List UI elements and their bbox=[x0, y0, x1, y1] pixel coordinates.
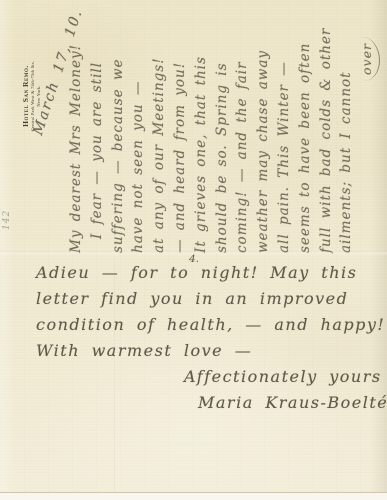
letter-line: should be so. Spring is bbox=[212, 3, 233, 253]
letter-line: ailments; but I cannot bbox=[336, 3, 357, 253]
valediction: Affectionately yours bbox=[184, 364, 372, 390]
fold-crease bbox=[0, 251, 387, 255]
vertical-crease bbox=[114, 258, 115, 492]
archival-pencil-number: 142 bbox=[2, 210, 12, 230]
letter-line: — and heard from you! bbox=[170, 3, 191, 253]
turn-over-note: over bbox=[357, 37, 380, 81]
letter-line: With warmest love — bbox=[36, 338, 372, 364]
letter-line: condition of health, — and happy! bbox=[36, 312, 372, 338]
sideways-letter-body: My dearest Mrs Meloney! I fear — you are… bbox=[66, 3, 378, 253]
letter-line: full with bad colds & other bbox=[316, 3, 337, 253]
letter-line: suffering — because we bbox=[108, 3, 129, 253]
letter-scan: Hotel San Remo. Central Park West & 74th… bbox=[0, 0, 387, 500]
letter-line: I fear — you are still bbox=[87, 3, 108, 253]
letter-line: letter find you in an improved bbox=[36, 286, 372, 312]
letter-line: It grieves one, that this bbox=[191, 3, 212, 253]
letter-line: seems to have been often bbox=[295, 3, 316, 253]
letter-line: weather may chase away bbox=[253, 3, 274, 253]
signature: Maria Kraus-Boelté. bbox=[198, 390, 372, 416]
paper-bottom-edge bbox=[0, 492, 387, 500]
letter-line: coming! — and the fair bbox=[232, 3, 253, 253]
letter-line: Adieu — for to night! May this bbox=[36, 260, 372, 286]
letter-line: at any of our Meetings! bbox=[149, 3, 170, 253]
letter-line: have not seen you — bbox=[128, 3, 149, 253]
letter-line: all pain. This Winter — bbox=[274, 3, 295, 253]
closing-section: 4. Adieu — for to night! May this letter… bbox=[36, 260, 372, 416]
turn-over-line: over bbox=[357, 3, 380, 253]
letter-line: My dearest Mrs Meloney! bbox=[66, 3, 87, 253]
letterhead-hotel-name: Hotel San Remo. bbox=[21, 56, 30, 136]
